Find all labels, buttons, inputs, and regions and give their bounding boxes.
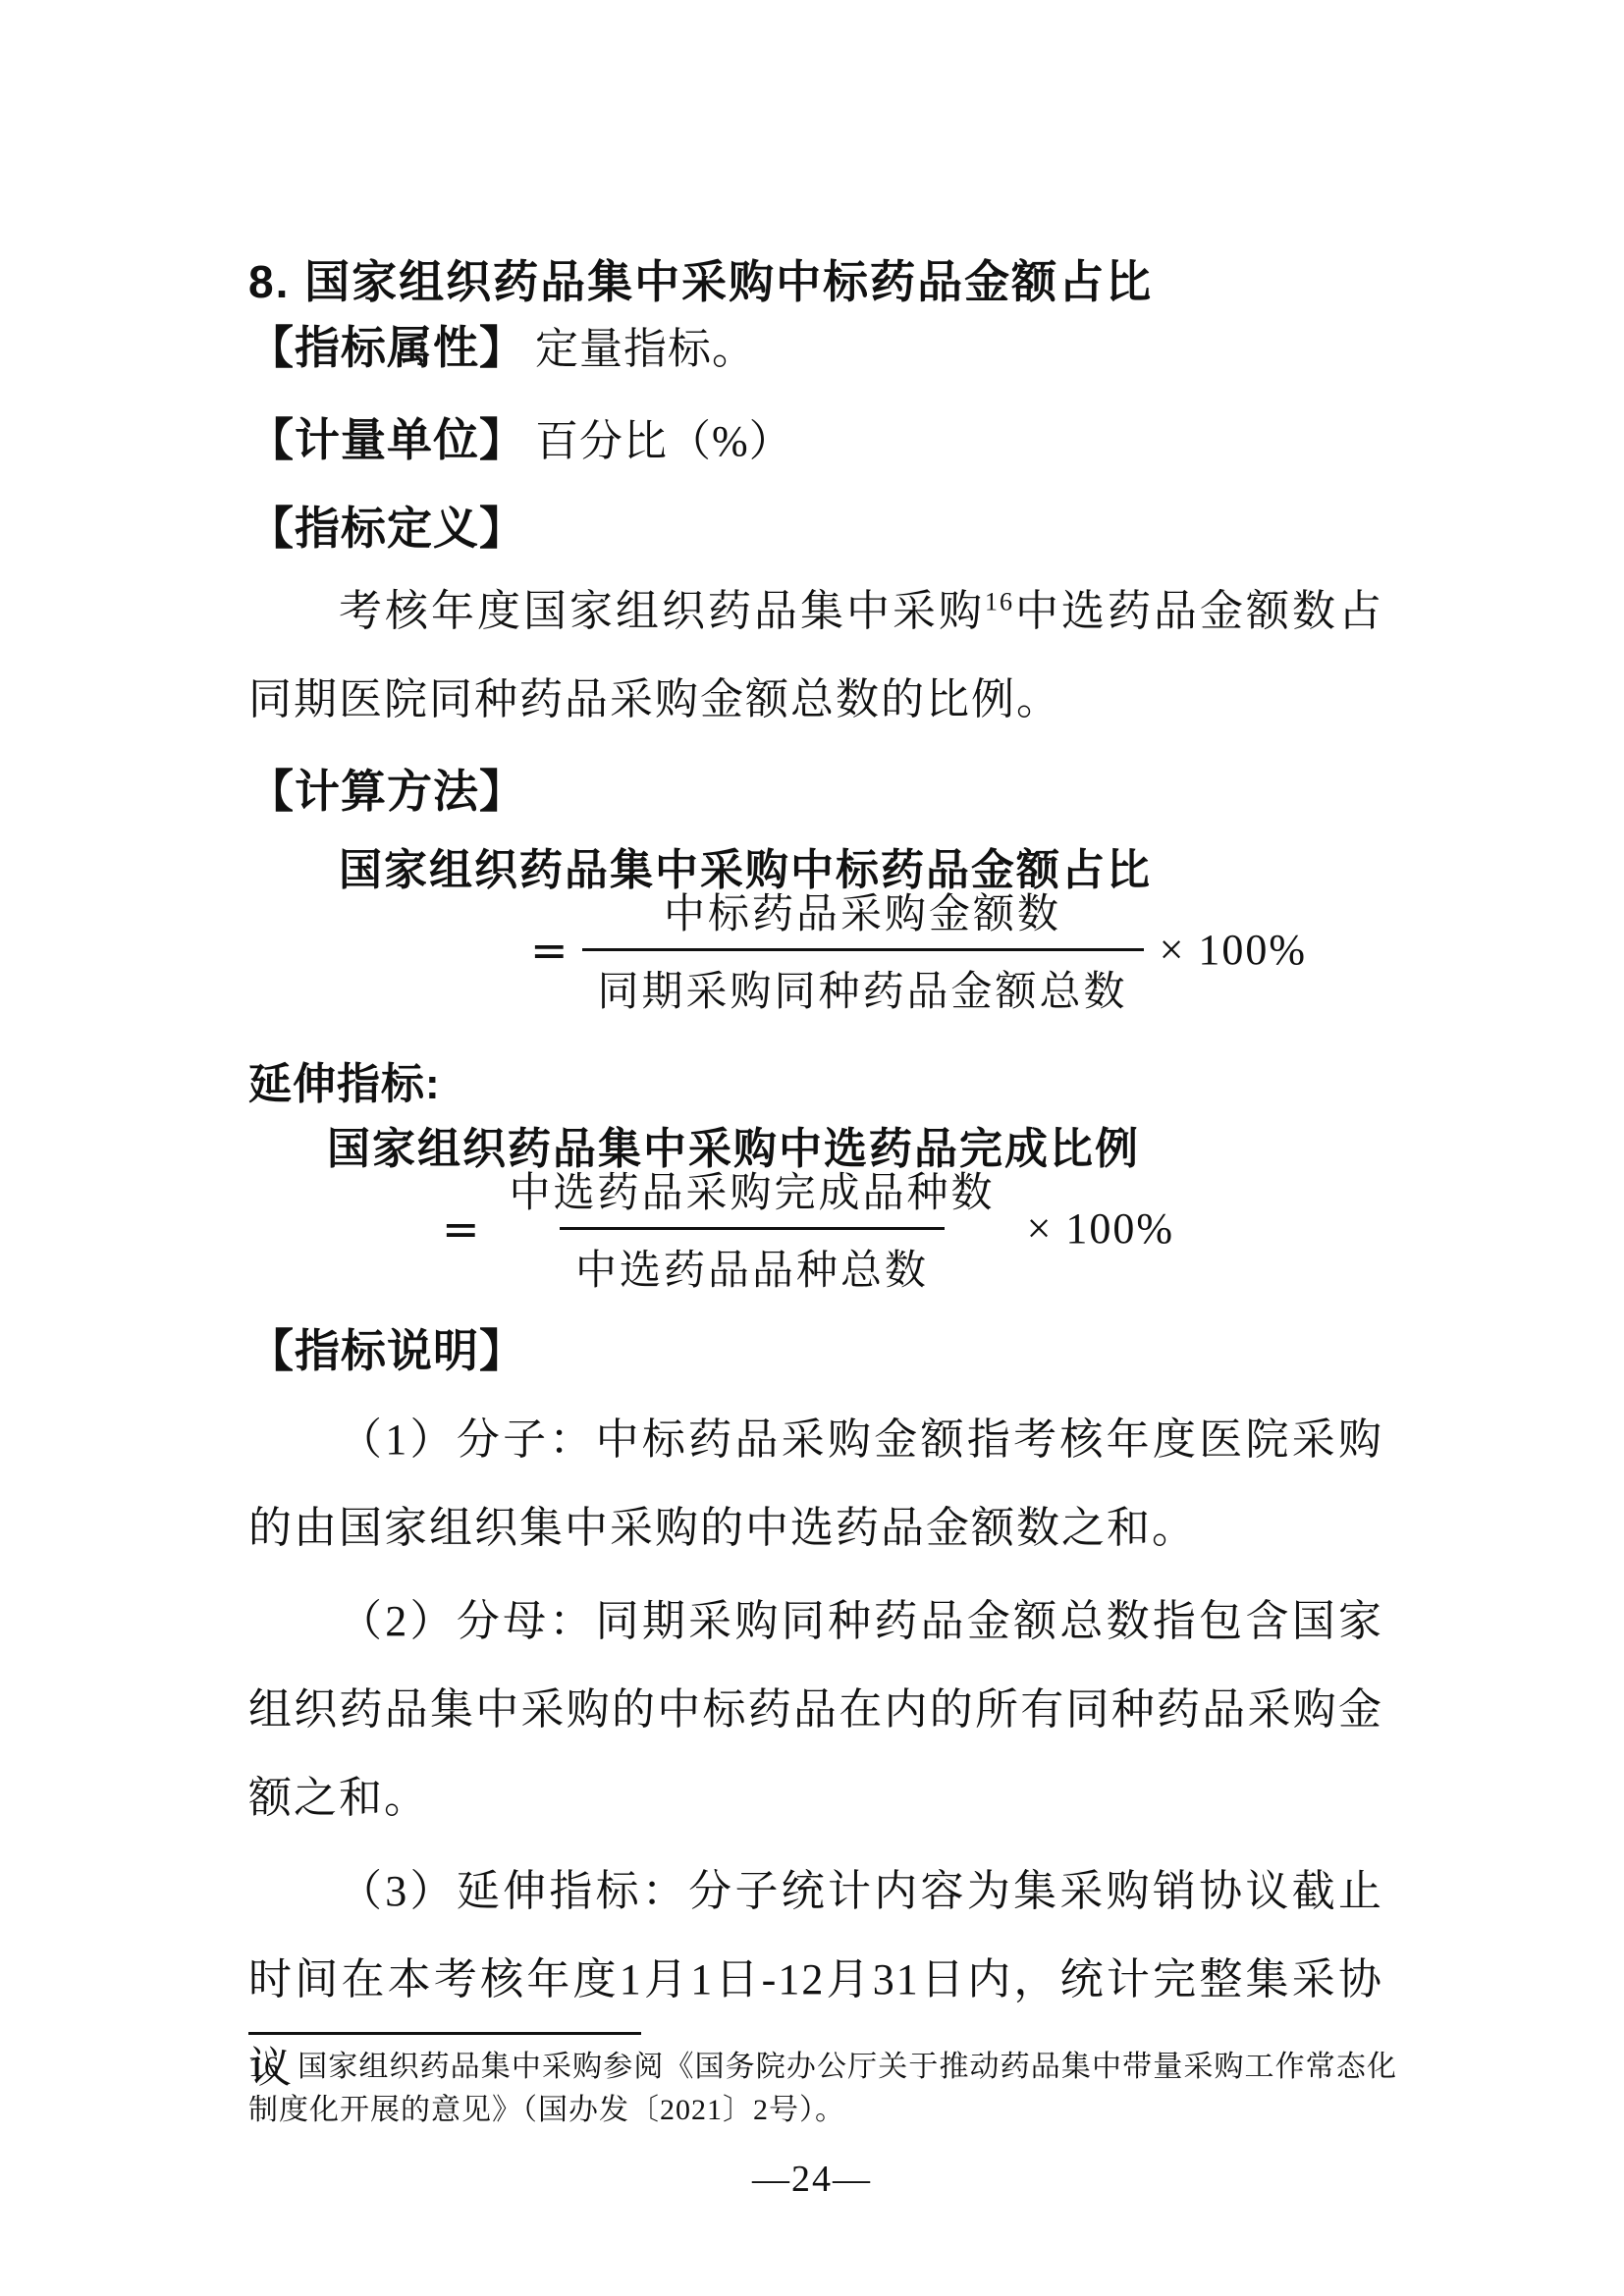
document-page: 8. 国家组织药品集中采购中标药品金额占比 【指标属性】定量指标。 【计量单位】… <box>0 0 1624 2296</box>
footnote: 16国家组织药品集中采购参阅《国务院办公厅关于推动药品集中带量采购工作常态化制度… <box>248 2046 1397 2132</box>
formula-main: = 中标药品采购金额数 同期采购同种药品金额总数 × 100% <box>530 881 1307 1018</box>
unit-value: 百分比（%） <box>535 417 793 465</box>
formula-extended-multiplier: × 100% <box>1027 1203 1174 1254</box>
notes-label: 【指标说明】 <box>248 1325 525 1376</box>
calculation-label: 【计算方法】 <box>248 766 525 817</box>
formula-extended: = 中选药品采购完成品种数 中选药品品种总数 × 100% <box>442 1160 1174 1297</box>
footnote-marker: 16 <box>248 2051 280 2083</box>
extended-indicator-label: 延伸指标: <box>248 1048 441 1111</box>
equals-sign: = <box>530 924 568 977</box>
attribute-value: 定量指标。 <box>535 325 756 373</box>
definition-text-before: 考核年度国家组织药品集中采购 <box>339 587 985 635</box>
note-item: （2）分母：同期采购同种药品金额总数指包含国家组织药品集中采购的中标药品在内的所… <box>248 1577 1383 1842</box>
unit-label: 【计量单位】 <box>248 414 525 465</box>
footnote-text: 国家组织药品集中采购参阅《国务院办公厅关于推动药品集中带量采购工作常态化制度化开… <box>248 2051 1397 2126</box>
calculation-heading: 【计算方法】 <box>248 756 525 821</box>
formula-extended-numerator: 中选药品采购完成品种数 <box>494 1160 1011 1227</box>
notes-heading: 【指标说明】 <box>248 1315 525 1380</box>
definition-paragraph: 考核年度国家组织药品集中采购16中选药品金额数占同期医院同种药品采购金额总数的比… <box>248 567 1383 744</box>
footnote-separator <box>248 2032 641 2035</box>
equals-sign: = <box>442 1202 480 1255</box>
formula-main-numerator: 中标药品采购金额数 <box>648 881 1077 948</box>
footnote-ref: 16 <box>985 587 1014 615</box>
formula-main-fraction: 中标药品采购金额数 同期采购同种药品金额总数 <box>582 881 1144 1018</box>
attribute-row: 【指标属性】定量指标。 <box>248 312 756 377</box>
formula-main-denominator: 同期采购同种药品金额总数 <box>582 948 1144 1018</box>
attribute-label: 【指标属性】 <box>248 322 525 373</box>
page-number: —24— <box>0 2158 1624 2201</box>
section-title: 8. 国家组织药品集中采购中标药品金额占比 <box>248 246 1153 311</box>
definition-label: 【指标定义】 <box>248 503 525 554</box>
formula-main-multiplier: × 100% <box>1160 925 1307 975</box>
formula-extended-fraction: 中选药品采购完成品种数 中选药品品种总数 <box>494 1160 1011 1297</box>
notes-list: （1）分子：中标药品采购金额指考核年度医院采购的由国家组织集中采购的中选药品金额… <box>248 1396 1383 2117</box>
definition-heading: 【指标定义】 <box>248 493 525 558</box>
unit-row: 【计量单位】百分比（%） <box>248 404 793 469</box>
formula-extended-denominator: 中选药品品种总数 <box>560 1227 945 1297</box>
note-item: （1）分子：中标药品采购金额指考核年度医院采购的由国家组织集中采购的中选药品金额… <box>248 1396 1383 1573</box>
